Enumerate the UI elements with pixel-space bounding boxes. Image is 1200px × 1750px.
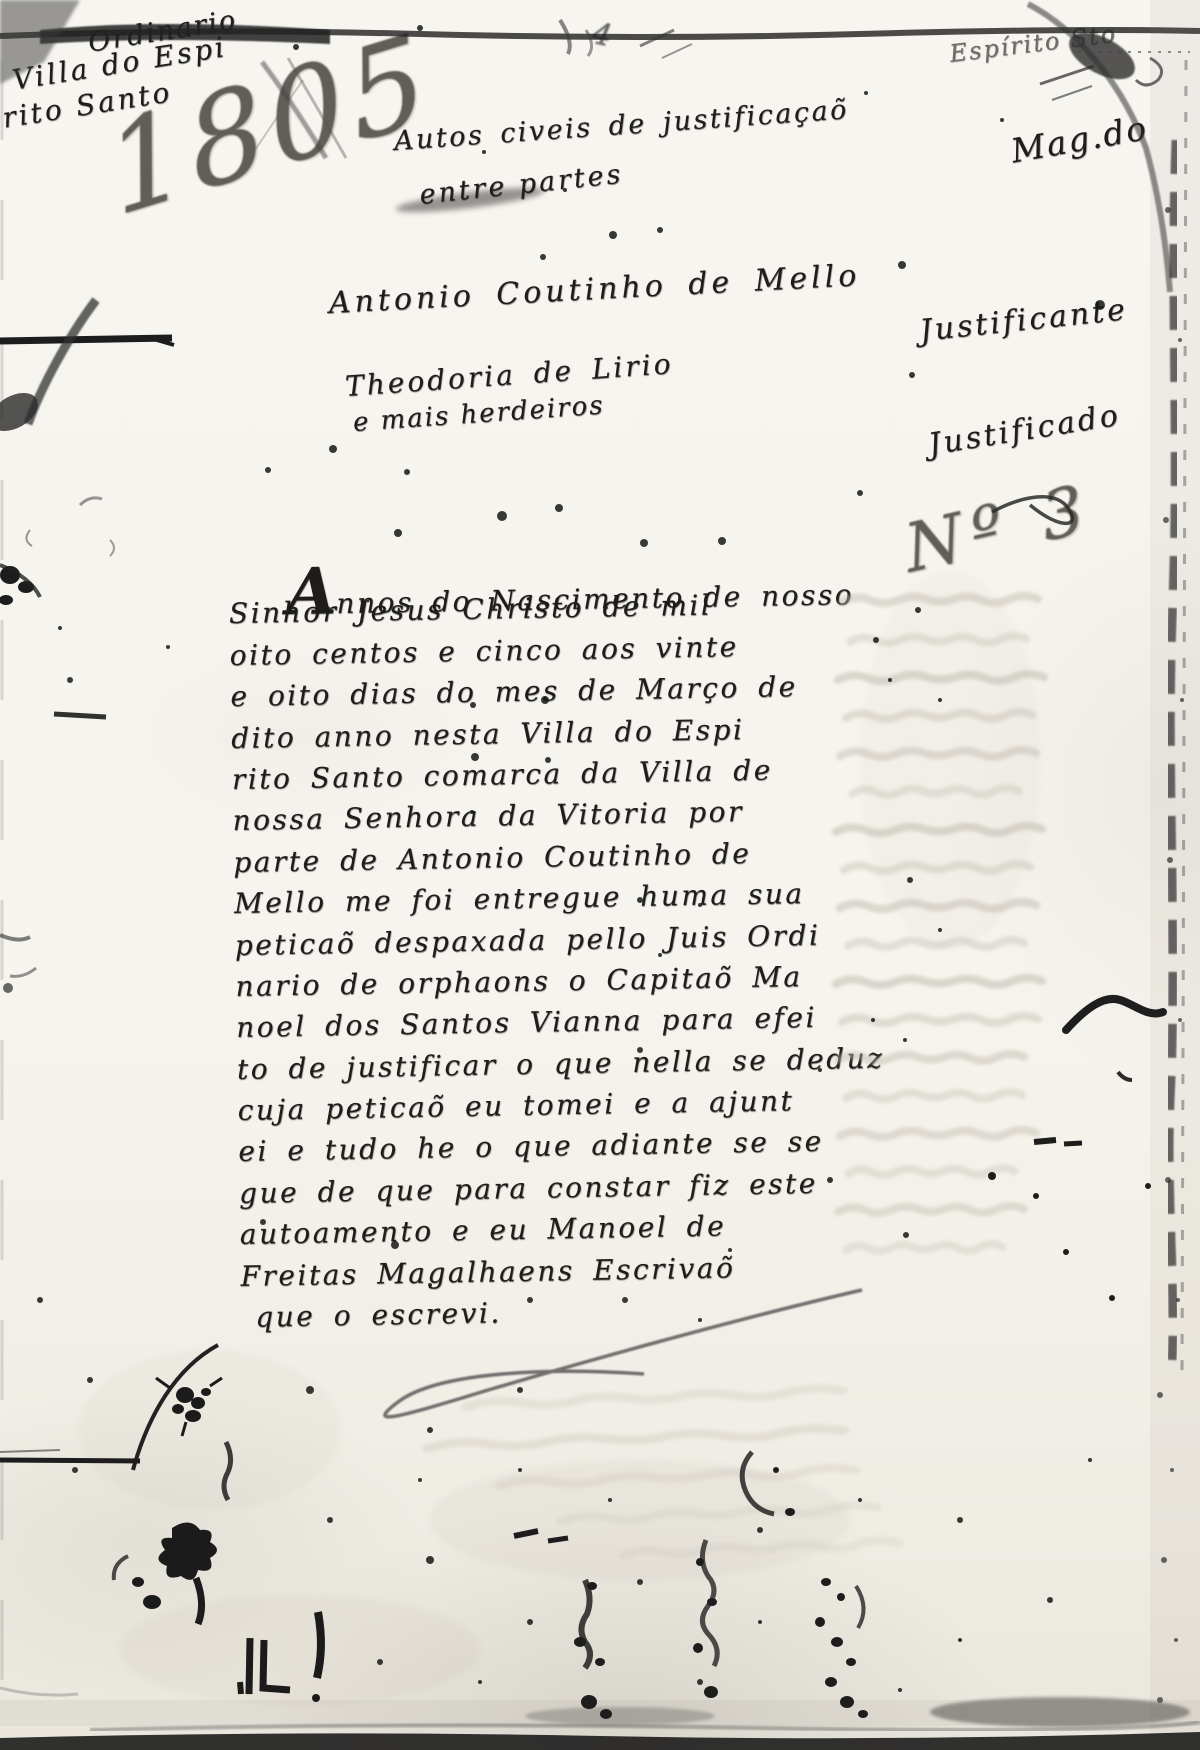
justificado-role-label: Justificado: [926, 398, 1123, 463]
marginalia-top-right-abbrev: Mag.do: [1008, 108, 1151, 170]
scan-edge-right: [1150, 0, 1200, 1750]
scan-edge-left: [0, 60, 174, 1740]
ink-marks-right: [988, 999, 1163, 1301]
case-title-line1: Autos civeis de justificaçaõ: [393, 94, 850, 157]
body-line: Annos do Nascimento de nosso: [228, 545, 869, 598]
ink-blots-bottom-left: [0, 1345, 321, 1702]
scan-edge-bottom: [0, 1697, 1200, 1750]
case-number-pencil: Nº 3: [900, 469, 1099, 588]
body-paragraph: Annos do Nascimento de nosso Sinhor Jesu…: [228, 545, 882, 1342]
justificante-role-label: Justificante: [918, 292, 1129, 349]
manuscript-page: Ordinario Villa do Espi rito Santo 4 Esp…: [0, 0, 1200, 1750]
justificado-name: Theodoria de Lirio: [344, 347, 675, 403]
ink-blots-bottom-center: [514, 1452, 868, 1719]
ghost-bleedthrough-bottom: [428, 1386, 898, 1563]
case-title-line2: entre partes: [418, 159, 625, 211]
folio-smudge-mark: 4: [589, 16, 615, 54]
justificante-name: Antonio Coutinho de Mello: [328, 258, 861, 321]
marginalia-top-right-place: Espírito Sto: [948, 19, 1118, 67]
